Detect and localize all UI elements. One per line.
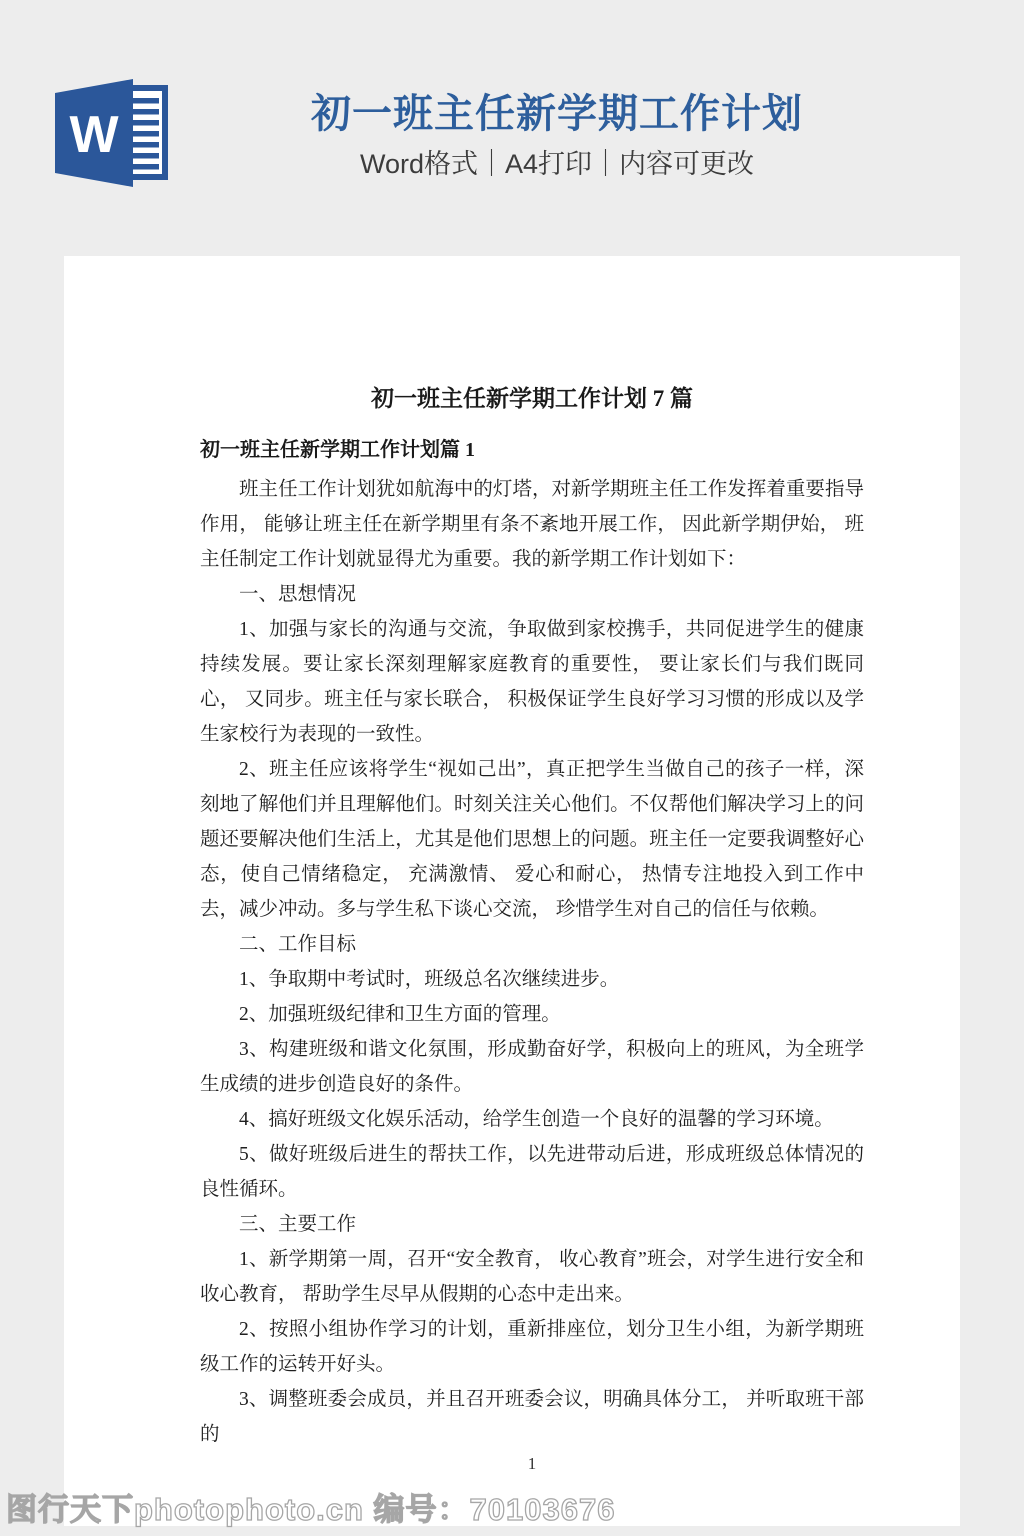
document-section-heading: 初一班主任新学期工作计划篇 1 <box>200 435 864 465</box>
header-banner: W 初一班主任新学期工作计划 Word格式｜A4打印｜内容可更改 <box>0 0 1024 256</box>
document-paragraph: 一、思想情况 <box>200 577 864 612</box>
document-paragraph: 4、搞好班级文化娱乐活动，给学生创造一个良好的温馨的学习环境。 <box>200 1102 864 1137</box>
watermark-text: 图行天下photophoto.cn 编号：70103676 <box>6 1484 615 1529</box>
header-subtitle: Word格式｜A4打印｜内容可更改 <box>90 148 1024 180</box>
document-body: 班主任工作计划犹如航海中的灯塔，对新学期班主任工作发挥着重要指导作用， 能够让班… <box>200 472 864 1452</box>
document-paragraph: 1、加强与家长的沟通与交流，争取做到家校携手，共同促进学生的健康持续发展。要让家… <box>200 612 864 752</box>
document-paragraph: 2、班主任应该将学生“视如己出”，真正把学生当做自己的孩子一样，深刻地了解他们并… <box>200 752 864 927</box>
document-paragraph: 1、新学期第一周，召开“安全教育， 收心教育”班会，对学生进行安全和收心教育， … <box>200 1242 864 1312</box>
document-paragraph: 三、主要工作 <box>200 1207 864 1242</box>
document-paragraph: 3、调整班委会成员，并且召开班委会议，明确具体分工， 并听取班干部的 <box>200 1382 864 1452</box>
document-paragraph: 5、做好班级后进生的帮扶工作，以先进带动后进，形成班级总体情况的良性循环。 <box>200 1137 864 1207</box>
document-paragraph: 班主任工作计划犹如航海中的灯塔，对新学期班主任工作发挥着重要指导作用， 能够让班… <box>200 472 864 577</box>
document-title: 初一班主任新学期工作计划 7 篇 <box>200 383 864 415</box>
page-number: 1 <box>200 1446 864 1481</box>
document-paragraph: 2、按照小组协作学习的计划，重新排座位，划分卫生小组，为新学期班级工作的运转开好… <box>200 1312 864 1382</box>
document-page: 初一班主任新学期工作计划 7 篇 初一班主任新学期工作计划篇 1 班主任工作计划… <box>64 256 960 1526</box>
document-paragraph: 3、构建班级和谐文化氛围，形成勤奋好学，积极向上的班风，为全班学生成绩的进步创造… <box>200 1032 864 1102</box>
document-paragraph: 1、争取期中考试时，班级总名次继续进步。 <box>200 962 864 997</box>
header-text: 初一班主任新学期工作计划 Word格式｜A4打印｜内容可更改 <box>90 90 1024 180</box>
document-paragraph: 二、工作目标 <box>200 927 864 962</box>
document-paragraph: 2、加强班级纪律和卫生方面的管理。 <box>200 997 864 1032</box>
header-title: 初一班主任新学期工作计划 <box>90 90 1024 138</box>
